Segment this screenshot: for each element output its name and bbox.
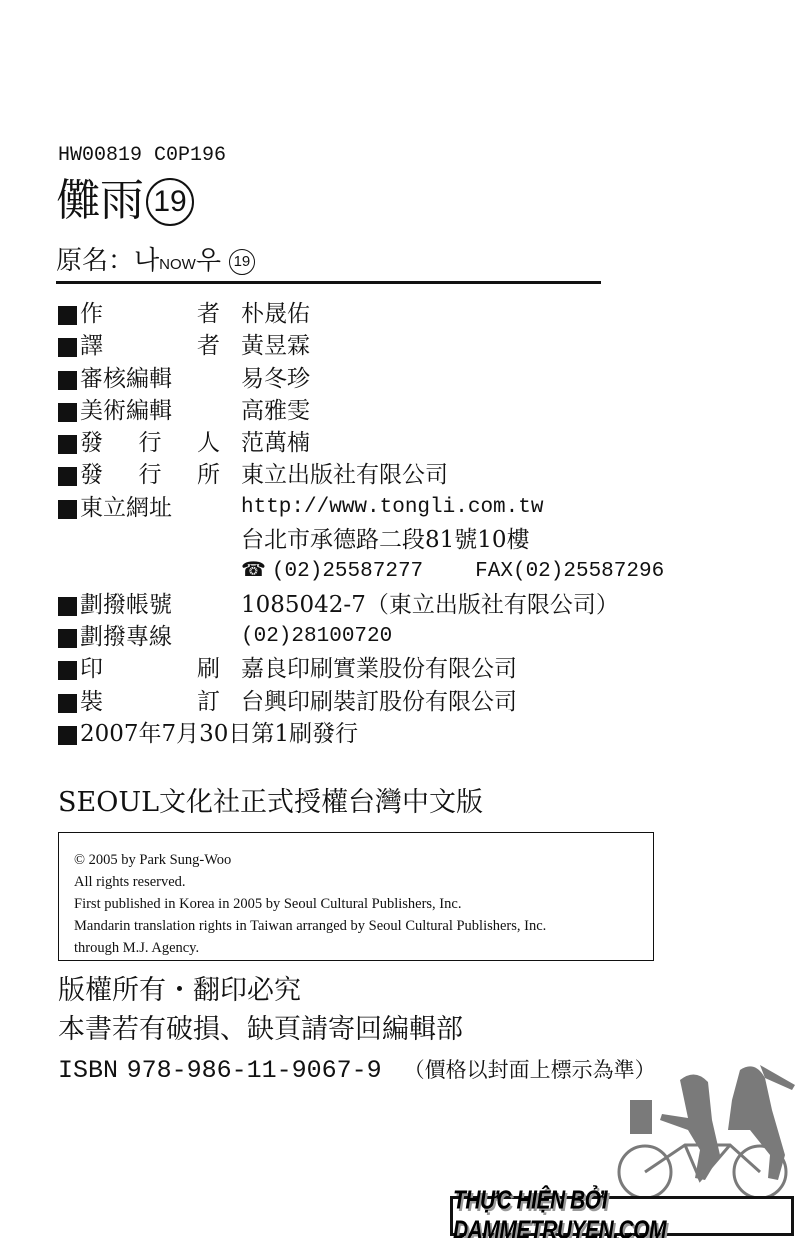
title-text: 儺雨 <box>56 175 144 226</box>
bullet-square-icon <box>58 726 77 745</box>
watermark-banner: THỰC HIỆN BỞI DAMMETRUYEN.COM <box>450 1196 794 1236</box>
credit-row-postal-line: 劃撥專線 (02)28100720 <box>58 621 758 653</box>
bullet-square-icon <box>58 629 77 648</box>
license-line: SEOUL文化社正式授權台灣中文版 <box>58 786 483 820</box>
release-date: 2007年7月30日第1刷發行 <box>80 718 358 750</box>
credit-label: 發行人 <box>80 427 220 459</box>
credit-row-review-editor: 審核編輯 易冬珍 <box>58 363 758 395</box>
credit-row-printing: 印刷 嘉良印刷實業股份有限公司 <box>58 653 758 685</box>
credit-label: 審核編輯 <box>80 363 220 395</box>
credit-label: 發行所 <box>80 459 220 491</box>
credit-row-postal-account: 劃撥帳號 1085042-7（東立出版社有限公司） <box>58 589 758 621</box>
title-divider <box>56 281 601 284</box>
credit-value: 嘉良印刷實業股份有限公司 <box>241 653 517 685</box>
credit-row-author: 作者 朴晟佑 <box>58 298 758 330</box>
copyright-line: Mandarin translation rights in Taiwan ar… <box>74 915 653 937</box>
credit-value: 東立出版社有限公司 <box>241 459 448 491</box>
credit-label: 劃撥專線 <box>80 621 220 653</box>
original-title: 原名：나NOW우19 <box>56 246 255 280</box>
copyright-line: through M.J. Agency. <box>74 937 653 959</box>
phone-icon: ☎ <box>241 556 266 588</box>
credit-value: 黃昱霖 <box>241 330 310 362</box>
credit-label: 美術編輯 <box>80 395 220 427</box>
credit-value: 1085042-7（東立出版社有限公司） <box>241 589 619 621</box>
rights-notice: 版權所有・翻印必究 <box>58 974 301 1008</box>
credit-label: 東立網址 <box>80 492 220 524</box>
credit-row-phone: ☎(02)25587277FAX(02)25587296 <box>58 556 758 588</box>
credit-label: 印刷 <box>80 653 220 685</box>
original-title-korean-2: 우 <box>196 246 221 276</box>
credit-row-publisher-person: 發行人 范萬楠 <box>58 427 758 459</box>
bullet-square-icon <box>58 500 77 519</box>
isbn-line: ISBN 978-986-11-9067-9（價格以封面上標示為準） <box>58 1052 656 1088</box>
address: 台北市承德路二段81號10樓 <box>241 524 530 556</box>
credit-label: 劃撥帳號 <box>80 589 220 621</box>
fax-number: FAX(02)25587296 <box>475 560 664 583</box>
phone-number: (02)25587277 <box>272 560 423 583</box>
website-link[interactable]: http://www.tongli.com.tw <box>241 492 543 524</box>
bullet-square-icon <box>58 467 77 486</box>
credit-row-translator: 譯者 黃昱霖 <box>58 330 758 362</box>
credit-label: 作者 <box>80 298 220 330</box>
credit-label: 譯者 <box>80 330 220 362</box>
copyright-line: All rights reserved. <box>74 871 653 893</box>
bullet-square-icon <box>58 338 77 357</box>
bullet-square-icon <box>58 371 77 390</box>
original-title-label: 原名： <box>56 246 134 276</box>
phone-fax: ☎(02)25587277FAX(02)25587296 <box>241 556 664 588</box>
credit-row-art-editor: 美術編輯 高雅雯 <box>58 395 758 427</box>
credit-row-release-date: 2007年7月30日第1刷發行 <box>58 718 758 750</box>
damaged-notice: 本書若有破損、缺頁請寄回編輯部 <box>58 1013 463 1047</box>
bullet-square-icon <box>58 435 77 454</box>
credit-value: 易冬珍 <box>241 363 310 395</box>
credit-row-binding: 裝訂 台興印刷裝訂股份有限公司 <box>58 686 758 718</box>
credit-value: 高雅雯 <box>241 395 310 427</box>
copyright-line: First published in Korea in 2005 by Seou… <box>74 893 653 915</box>
bullet-square-icon <box>58 403 77 422</box>
credit-row-website: 東立網址 http://www.tongli.com.tw <box>58 492 758 524</box>
copyright-box: © 2005 by Park Sung-Woo All rights reser… <box>58 832 654 961</box>
volume-number: 19 <box>146 178 194 226</box>
original-title-latin: NOW <box>159 256 196 273</box>
bicycle-silhouette-illustration <box>600 1060 800 1200</box>
credit-value: 范萬楠 <box>241 427 310 459</box>
credit-value: 朴晟佑 <box>241 298 310 330</box>
credit-row-publisher: 發行所 東立出版社有限公司 <box>58 459 758 491</box>
original-volume-number: 19 <box>229 249 255 275</box>
copyright-line: © 2005 by Park Sung-Woo <box>74 849 653 871</box>
credit-value: (02)28100720 <box>241 621 392 653</box>
product-code: HW00819 C0P196 <box>58 144 226 167</box>
credit-value: 台興印刷裝訂股份有限公司 <box>241 686 517 718</box>
isbn-number: 978-986-11-9067-9 <box>127 1056 382 1085</box>
credit-label: 裝訂 <box>80 686 220 718</box>
watermark-text: THỰC HIỆN BỞI DAMMETRUYEN.COM <box>453 1186 791 1238</box>
isbn-label: ISBN <box>58 1056 118 1085</box>
credits-list: 作者 朴晟佑 譯者 黃昱霖 審核編輯 易冬珍 美術編輯 高雅雯 發行人 范萬楠 … <box>58 298 758 750</box>
bullet-square-icon <box>58 306 77 325</box>
bullet-square-icon <box>58 694 77 713</box>
credit-row-address: 台北市承德路二段81號10樓 <box>58 524 758 556</box>
book-title: 儺雨19 <box>56 175 194 227</box>
bullet-square-icon <box>58 661 77 680</box>
original-title-korean-1: 나 <box>134 246 159 276</box>
bullet-square-icon <box>58 597 77 616</box>
